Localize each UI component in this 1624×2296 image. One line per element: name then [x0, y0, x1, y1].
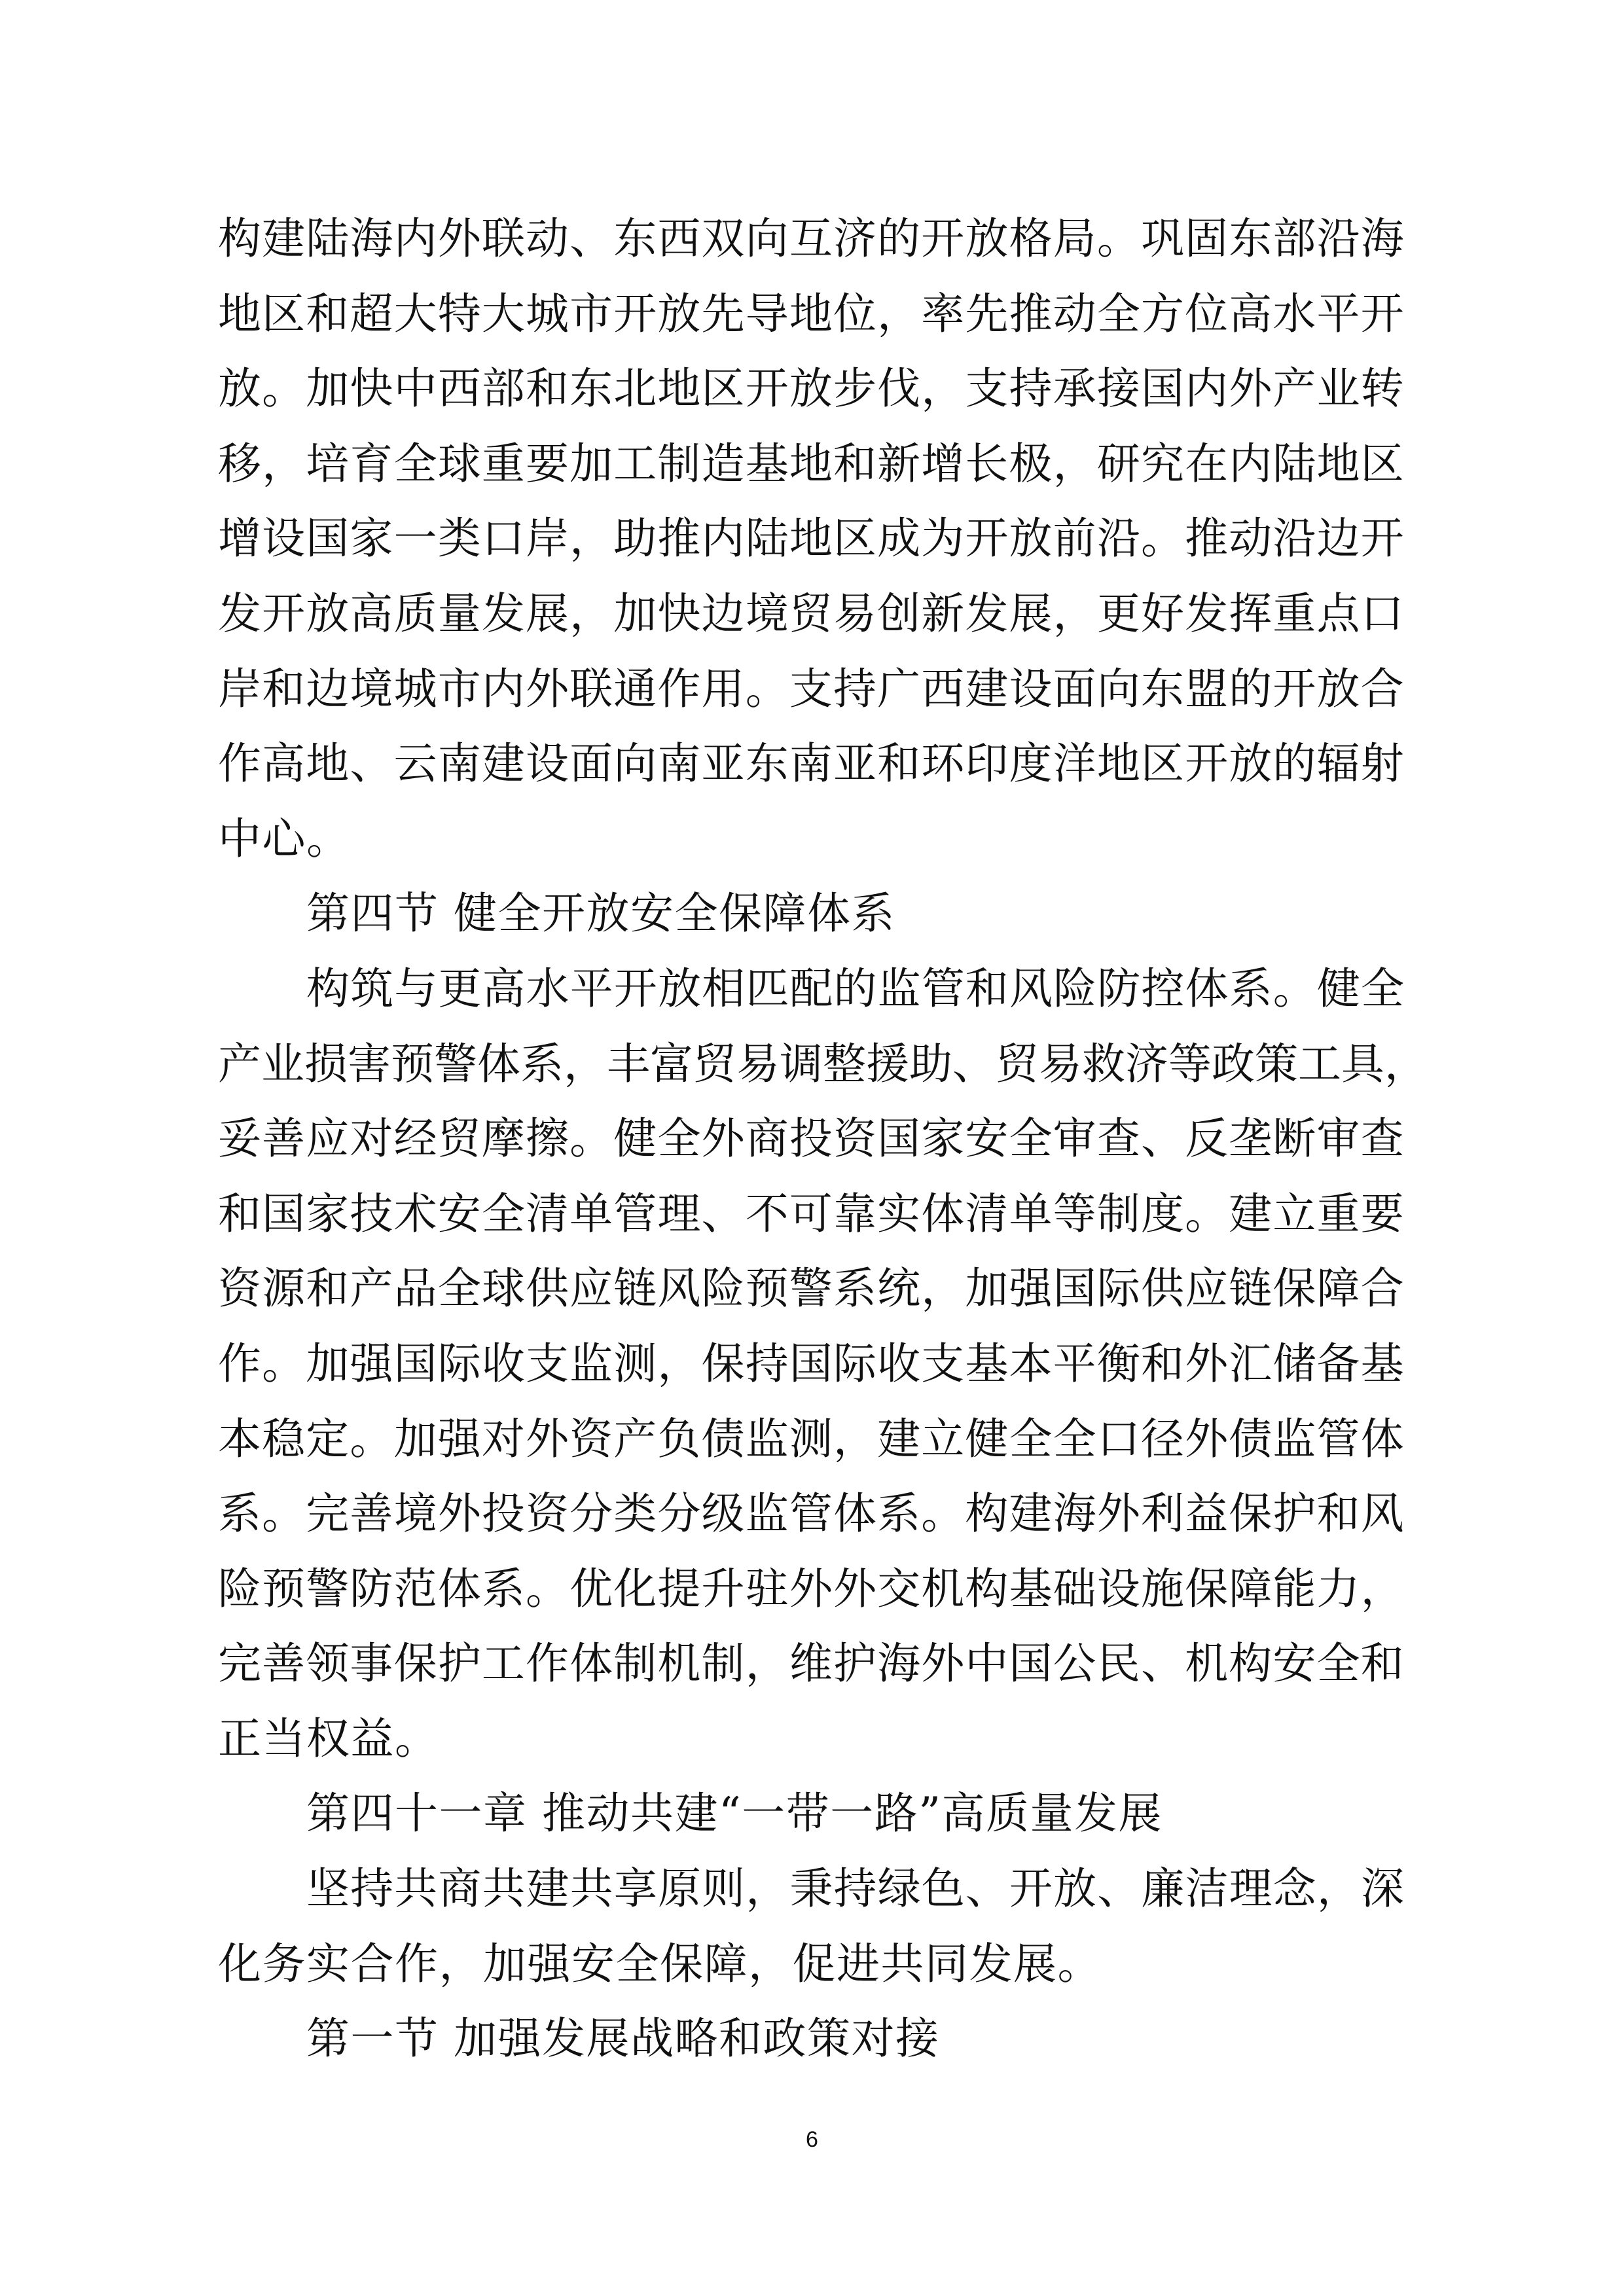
paragraph-line-first: 构筑与更高水平开放相匹配的监管和风险防控体系。健全	[218, 952, 1404, 1027]
glyph: 等	[1168, 1027, 1212, 1102]
glyph: 国	[394, 1327, 437, 1402]
glyph: 施	[1141, 1552, 1184, 1627]
glyph: 善	[350, 1477, 393, 1552]
glyph: 应	[1185, 1251, 1228, 1327]
glyph: 成	[877, 501, 920, 577]
glyph: 平	[1053, 1327, 1096, 1402]
glyph: 稳	[262, 1402, 305, 1477]
glyph: 坚	[306, 1852, 350, 1927]
glyph: 险	[1053, 952, 1096, 1027]
glyph: 长	[965, 427, 1008, 502]
glyph: 开	[1272, 652, 1316, 727]
paragraph-line-first: 坚持共商共建共享原则，秉持绿色、开放、廉洁理念，深	[218, 1852, 1404, 1927]
glyph: 清	[526, 1177, 569, 1252]
glyph: ，	[569, 501, 613, 577]
glyph: 面	[1053, 652, 1096, 727]
glyph: 岸	[218, 652, 261, 727]
glyph: 口	[482, 501, 525, 577]
glyph: 害	[348, 1027, 391, 1102]
glyph: 断	[1272, 1102, 1316, 1177]
glyph: 放	[789, 351, 833, 427]
glyph: 、	[952, 1027, 996, 1102]
glyph: 。	[350, 1402, 393, 1477]
glyph: 全	[1053, 1402, 1096, 1477]
glyph: 级	[702, 1477, 745, 1552]
glyph: 家	[921, 1102, 964, 1177]
glyph: 中	[965, 1626, 1008, 1702]
glyph: 的	[1229, 652, 1272, 727]
glyph: 东	[1141, 652, 1184, 727]
glyph: 统	[877, 1251, 920, 1327]
glyph: 开	[1361, 277, 1404, 352]
glyph: 善	[262, 1102, 305, 1177]
glyph: 支	[526, 1327, 569, 1402]
glyph: 体	[1361, 1402, 1404, 1477]
glyph: 口	[1361, 577, 1404, 652]
glyph: 洋	[1053, 726, 1096, 802]
glyph: 定	[306, 1402, 349, 1477]
glyph: 体	[1185, 952, 1229, 1027]
glyph: 共	[394, 1852, 437, 1927]
glyph: 合	[1361, 1251, 1404, 1327]
glyph: 新	[921, 577, 964, 652]
glyph: 风	[1009, 952, 1053, 1027]
glyph: 产	[613, 1402, 657, 1477]
glyph: 水	[1272, 277, 1316, 352]
glyph: 际	[1097, 1251, 1140, 1327]
glyph: 享	[614, 1852, 657, 1927]
glyph: 增	[218, 501, 261, 577]
glyph: 外	[1185, 1327, 1228, 1402]
glyph: 地	[789, 427, 833, 502]
glyph: 区	[833, 501, 876, 577]
glyph: 建	[1229, 1177, 1272, 1252]
glyph: 重	[1317, 1177, 1360, 1252]
glyph: 放	[1053, 1852, 1096, 1927]
glyph: 加	[306, 351, 349, 427]
glyph: 强	[438, 1402, 481, 1477]
glyph: 源	[262, 1251, 305, 1327]
glyph: 技	[350, 1177, 393, 1252]
glyph: 范	[394, 1552, 437, 1627]
glyph: 投	[789, 1102, 833, 1177]
glyph: 部	[1272, 202, 1316, 277]
glyph: 建	[965, 652, 1008, 727]
glyph: 监	[878, 952, 921, 1027]
glyph: 、	[569, 202, 613, 277]
glyph: 保	[1229, 1477, 1272, 1552]
glyph: 国	[262, 1177, 305, 1252]
glyph: ，	[746, 1626, 789, 1702]
glyph: ，	[1053, 427, 1096, 502]
glyph: 体	[438, 1552, 481, 1627]
glyph: 机	[1185, 1626, 1228, 1702]
glyph: 业	[1317, 351, 1360, 427]
glyph: 度	[1009, 726, 1053, 802]
glyph: 保	[702, 1327, 745, 1402]
glyph: 对	[482, 1402, 525, 1477]
glyph: 商	[438, 1852, 481, 1927]
glyph: 高	[482, 952, 526, 1027]
glyph: 、	[1097, 1852, 1140, 1927]
glyph: 接	[1097, 351, 1140, 427]
section-heading: 第一节 加强发展战略和政策对接	[218, 2001, 1404, 2077]
glyph: 具	[1341, 1027, 1384, 1102]
glyph: 点	[1317, 577, 1360, 652]
glyph: 事	[350, 1626, 393, 1702]
glyph: 全	[1317, 1626, 1360, 1702]
glyph: 局	[1053, 202, 1096, 277]
glyph: 测	[613, 1327, 657, 1402]
glyph: 资	[526, 1477, 569, 1552]
glyph: 共	[570, 1852, 613, 1927]
glyph: 。	[569, 1102, 613, 1177]
glyph: 地	[657, 351, 700, 427]
glyph: 互	[789, 202, 833, 277]
glyph: 可	[789, 1177, 833, 1252]
glyph: 培	[306, 427, 349, 502]
glyph: ，	[1361, 1552, 1404, 1627]
glyph: 健	[1317, 952, 1360, 1027]
glyph: 护	[1272, 1477, 1316, 1552]
glyph: 岸	[526, 501, 569, 577]
paragraph-line: 产业损害预警体系，丰富贸易调整援助、贸易救济等政策工具，	[218, 1027, 1404, 1102]
glyph: 国	[306, 501, 349, 577]
paragraph-line: 和国家技术安全清单管理、不可靠实体清单等制度。建立重要	[218, 1177, 1404, 1252]
glyph: 合	[1361, 652, 1404, 727]
glyph: 单	[1009, 1177, 1053, 1252]
glyph: 放	[306, 577, 349, 652]
glyph: 新	[877, 427, 920, 502]
glyph: 重	[1272, 577, 1316, 652]
glyph: 持	[1009, 351, 1053, 427]
glyph: 超	[350, 277, 393, 352]
glyph: 外	[1185, 1402, 1228, 1477]
glyph: 保	[1272, 1251, 1316, 1327]
glyph: ，	[921, 351, 964, 427]
glyph: 擦	[526, 1102, 569, 1177]
glyph: 驻	[746, 1552, 789, 1627]
glyph: 系	[833, 1251, 876, 1327]
glyph: 构	[218, 202, 261, 277]
glyph: 体	[569, 1626, 613, 1702]
glyph: 控	[1141, 952, 1184, 1027]
glyph: 际	[833, 1327, 876, 1402]
glyph: 。	[746, 652, 789, 727]
glyph: 调	[780, 1027, 823, 1102]
glyph: 加	[965, 1251, 1008, 1327]
glyph: 平	[1317, 277, 1360, 352]
glyph: 开	[1185, 726, 1228, 802]
glyph: 深	[1361, 1852, 1404, 1927]
glyph: 内	[1229, 427, 1272, 502]
paragraph-line: 作高地、云南建设面向南亚东南亚和环印度洋地区开放的辐射	[218, 726, 1404, 802]
glyph: 向	[613, 726, 657, 802]
glyph: 审	[1317, 1102, 1360, 1177]
paragraph-line: 发开放高质量发展，加快边境贸易创新发展，更好发挥重点口	[218, 577, 1404, 652]
glyph: 地	[1097, 726, 1140, 802]
glyph: ，	[746, 1852, 789, 1927]
glyph: 和	[526, 351, 569, 427]
glyph: 工	[613, 427, 657, 502]
glyph: 完	[306, 1477, 349, 1552]
glyph: 警	[789, 1251, 833, 1327]
glyph: 持	[746, 1327, 789, 1402]
glyph: 丰	[607, 1027, 650, 1102]
glyph: 承	[1053, 351, 1096, 427]
glyph: 支	[921, 1327, 964, 1402]
glyph: 开	[921, 202, 964, 277]
glyph: 陆	[306, 202, 349, 277]
glyph: 境	[350, 652, 393, 727]
glyph: 分	[657, 1477, 700, 1552]
glyph: 和	[218, 1177, 261, 1252]
glyph: 通	[613, 652, 657, 727]
glyph: 大	[482, 277, 525, 352]
glyph: 伐	[877, 351, 920, 427]
glyph: 境	[394, 1477, 437, 1552]
glyph: 的	[877, 202, 920, 277]
glyph: 助	[613, 501, 657, 577]
glyph: 方	[1141, 277, 1184, 352]
paragraph-line: 移，培育全球重要加工制造基地和新增长极，研究在内陆地区	[218, 427, 1404, 502]
glyph: 向	[746, 202, 789, 277]
glyph: 创	[877, 577, 920, 652]
glyph: 区	[1361, 427, 1404, 502]
glyph: 产	[1272, 351, 1316, 427]
glyph: 单	[569, 1177, 613, 1252]
glyph: 类	[613, 1477, 657, 1552]
glyph: 广	[877, 652, 920, 727]
glyph: 导	[746, 277, 789, 352]
glyph: 巩	[1141, 202, 1184, 277]
glyph: 商	[746, 1102, 789, 1177]
glyph: 体	[921, 1177, 964, 1252]
glyph: 风	[657, 1251, 700, 1327]
glyph: 快	[350, 351, 393, 427]
glyph: 保	[394, 1626, 437, 1702]
glyph: 管	[1317, 1402, 1360, 1477]
glyph: 外	[526, 1402, 569, 1477]
glyph: 。	[262, 1477, 305, 1552]
glyph: 念	[1273, 1852, 1316, 1927]
paragraph-line: 地区和超大特大城市开放先导地位，率先推动全方位高水平开	[218, 277, 1404, 352]
glyph: ，	[657, 1327, 700, 1402]
glyph: 管	[922, 952, 965, 1027]
glyph: 联	[482, 202, 525, 277]
glyph: ，	[877, 277, 920, 352]
glyph: 制	[613, 1626, 657, 1702]
glyph: 绿	[878, 1852, 921, 1927]
glyph: ，	[833, 1402, 876, 1477]
document-page: 构建陆海内外联动、东西双向互济的开放格局。巩固东部沿海 地区和超大特大城市开放先…	[0, 0, 1624, 2296]
glyph: 全	[438, 1251, 481, 1327]
glyph: 陆	[1272, 427, 1316, 502]
glyph: 造	[702, 427, 745, 502]
glyph: 动	[1229, 501, 1272, 577]
glyph: 色	[922, 1852, 965, 1927]
glyph: 供	[1141, 1251, 1184, 1327]
glyph: 贸	[789, 577, 833, 652]
glyph: 类	[438, 501, 481, 577]
glyph: 全	[657, 1102, 700, 1177]
glyph: 沿	[1317, 202, 1360, 277]
glyph: ，	[921, 1251, 964, 1327]
glyph: 亚	[702, 726, 745, 802]
glyph: 一	[394, 501, 437, 577]
document-body: 构建陆海内外联动、东西双向互济的开放格局。巩固东部沿海 地区和超大特大城市开放先…	[218, 202, 1404, 2077]
glyph: ，	[569, 577, 613, 652]
glyph: 障	[1317, 1251, 1360, 1327]
glyph: 监	[746, 1402, 789, 1477]
glyph: 转	[1361, 351, 1404, 427]
glyph: 应	[306, 1102, 349, 1177]
glyph: 系	[877, 1477, 920, 1552]
glyph: 境	[746, 577, 789, 652]
glyph: 放	[1009, 501, 1053, 577]
glyph: 外	[438, 202, 481, 277]
glyph: 中	[394, 351, 437, 427]
glyph: 工	[1298, 1027, 1341, 1102]
glyph: 策	[1255, 1027, 1298, 1102]
glyph: 位	[833, 277, 876, 352]
glyph: 提	[657, 1552, 700, 1627]
glyph: 区	[262, 277, 305, 352]
glyph: 构	[965, 1477, 1008, 1552]
glyph: 收	[482, 1327, 525, 1402]
glyph: 边	[1317, 501, 1360, 577]
glyph: ，	[564, 1027, 607, 1102]
glyph: 发	[1185, 577, 1228, 652]
glyph: 设	[1097, 1552, 1140, 1627]
glyph: 构	[306, 952, 350, 1027]
paragraph-line: 系。完善境外投资分类分级监管体系。构建海外利益保护和风	[218, 1477, 1404, 1552]
glyph: 民	[1097, 1626, 1140, 1702]
glyph: 国	[1009, 1626, 1053, 1702]
glyph: 机	[657, 1626, 700, 1702]
glyph: 相	[702, 952, 745, 1027]
glyph: 内	[482, 652, 525, 727]
glyph: 地	[306, 726, 349, 802]
glyph: 作	[218, 1327, 261, 1402]
glyph: 收	[877, 1327, 920, 1402]
glyph: 经	[394, 1102, 437, 1177]
glyph: 边	[702, 577, 745, 652]
glyph: 反	[1185, 1102, 1228, 1177]
glyph: 制	[657, 427, 700, 502]
glyph: 加	[569, 427, 613, 502]
glyph: 护	[833, 1626, 876, 1702]
glyph: 南	[789, 726, 833, 802]
glyph: 云	[394, 726, 437, 802]
glyph: 市	[438, 652, 481, 727]
glyph: 城	[526, 277, 569, 352]
glyph: 构	[1229, 1626, 1272, 1702]
glyph: ，	[1384, 1027, 1428, 1102]
glyph: 交	[877, 1552, 920, 1627]
glyph: 开	[614, 952, 657, 1027]
glyph: 西	[438, 351, 481, 427]
glyph: 本	[218, 1402, 261, 1477]
glyph: 国	[877, 1102, 920, 1177]
glyph: 整	[823, 1027, 866, 1102]
glyph: 洁	[1185, 1852, 1229, 1927]
glyph: 南	[438, 726, 481, 802]
glyph: 设	[526, 726, 569, 802]
glyph: 力	[1317, 1552, 1360, 1627]
glyph: 球	[438, 427, 481, 502]
glyph: 易	[833, 577, 876, 652]
glyph: 工	[482, 1626, 525, 1702]
glyph: 衡	[1097, 1327, 1140, 1402]
glyph: 设	[1009, 652, 1053, 727]
glyph: 立	[1272, 1177, 1316, 1252]
glyph: 配	[789, 952, 833, 1027]
glyph: ，	[262, 427, 305, 502]
glyph: 作	[526, 1626, 569, 1702]
glyph: 、	[350, 726, 393, 802]
glyph: 格	[1009, 202, 1053, 277]
glyph: 机	[921, 1552, 964, 1627]
glyph: 理	[657, 1177, 700, 1252]
paragraph-line: 放。加快中西部和东北地区开放步伐，支持承接国内外产业转	[218, 351, 1404, 427]
glyph: 系	[1229, 952, 1272, 1027]
glyph: 放	[965, 202, 1008, 277]
glyph: 制	[702, 1626, 745, 1702]
glyph: 推	[1185, 501, 1228, 577]
glyph: 。	[1097, 202, 1140, 277]
glyph: 边	[306, 652, 349, 727]
glyph: 外	[1229, 351, 1272, 427]
glyph: 妥	[218, 1102, 261, 1177]
glyph: 基	[1361, 1327, 1404, 1402]
glyph: 安	[1272, 1626, 1316, 1702]
glyph: 不	[746, 1177, 789, 1252]
glyph: 发	[965, 577, 1008, 652]
glyph: 大	[394, 277, 437, 352]
glyph: 持	[350, 1852, 393, 1927]
glyph: 优	[569, 1552, 613, 1627]
glyph: 升	[702, 1552, 745, 1627]
glyph: 政	[1212, 1027, 1255, 1102]
glyph: 汇	[1229, 1327, 1272, 1402]
glyph: 监	[569, 1327, 613, 1402]
glyph: 更	[1097, 577, 1140, 652]
glyph: 沿	[1272, 501, 1316, 577]
glyph: 高	[1229, 277, 1272, 352]
glyph: 清	[965, 1177, 1008, 1252]
glyph: 安	[438, 1177, 481, 1252]
glyph: 部	[482, 351, 525, 427]
glyph: 供	[526, 1251, 569, 1327]
glyph: 先	[702, 277, 745, 352]
glyph: 。	[526, 1552, 569, 1627]
glyph: 量	[438, 577, 481, 652]
glyph: 援	[866, 1027, 909, 1102]
glyph: 作	[657, 652, 700, 727]
glyph: 持	[833, 652, 876, 727]
glyph: 印	[965, 726, 1008, 802]
glyph: 储	[1272, 1327, 1316, 1402]
glyph: 和	[306, 1251, 349, 1327]
glyph: 资	[833, 1102, 876, 1177]
glyph: 内	[394, 202, 437, 277]
glyph: 防	[1097, 952, 1140, 1027]
glyph: ，	[1317, 1852, 1360, 1927]
glyph: 易	[736, 1027, 780, 1102]
glyph: 内	[702, 501, 745, 577]
glyph: 债	[702, 1402, 745, 1477]
